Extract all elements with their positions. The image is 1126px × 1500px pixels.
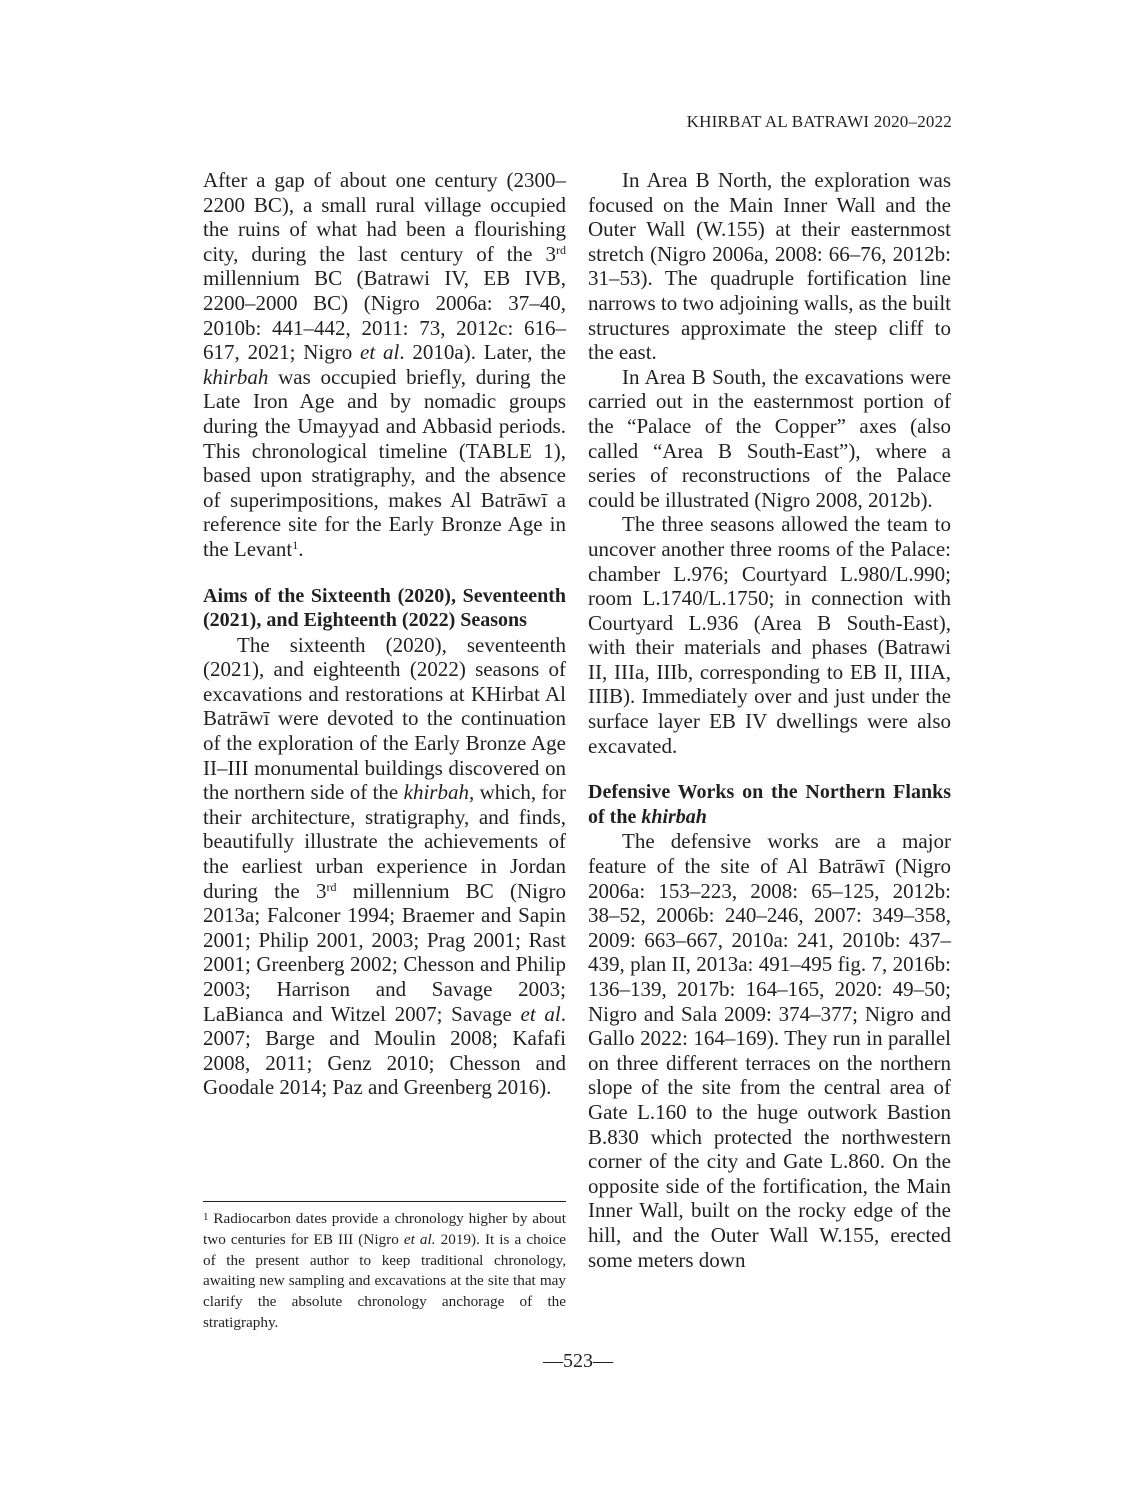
body-paragraph: The three seasons allowed the team to un…	[588, 512, 951, 758]
body-paragraph: The defensive works are a major feature …	[588, 829, 951, 1272]
right-column: In Area B North, the exploration was foc…	[588, 168, 951, 1272]
left-column: After a gap of about one century (2300–2…	[203, 168, 566, 1100]
footnote: 1 Radiocarbon dates provide a chronology…	[203, 1209, 566, 1334]
body-paragraph: In Area B South, the excavations were ca…	[588, 365, 951, 513]
section-heading: Aims of the Sixteenth (2020), Seventeent…	[203, 584, 566, 633]
body-paragraph: In Area B North, the exploration was foc…	[588, 168, 951, 365]
page-number: —523—	[503, 1350, 653, 1373]
footnote-divider	[203, 1201, 566, 1202]
running-head: KHIRBAT AL BATRAWI 2020–2022	[600, 112, 952, 132]
body-paragraph: After a gap of about one century (2300–2…	[203, 168, 566, 562]
body-paragraph: The sixteenth (2020), seventeenth (2021)…	[203, 633, 566, 1100]
section-heading: Defensive Works on the Northern Flanks o…	[588, 780, 951, 829]
